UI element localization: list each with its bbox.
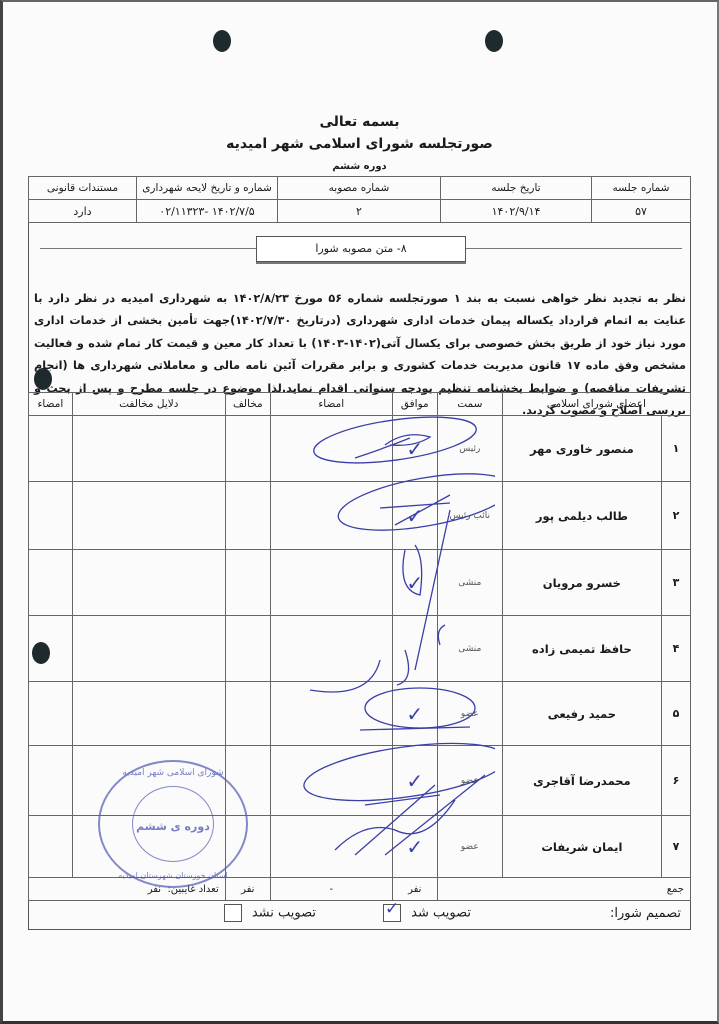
oppose-signature-cell — [29, 416, 73, 482]
col-header-oppose-signature: امضاء — [29, 393, 73, 416]
signature-cell — [270, 550, 392, 616]
oppose-cell — [225, 682, 270, 746]
meta-resolution-no: ۲ — [278, 200, 441, 223]
approved-label: تصویب شد — [411, 906, 471, 921]
oppose-signature-cell — [29, 550, 73, 616]
col-header-oppose: مخالف — [225, 393, 270, 416]
member-role: نائب رئیس — [437, 482, 502, 550]
oppose-signature-cell — [29, 482, 73, 550]
signature-cell — [270, 616, 392, 682]
col-header-position: سمت — [437, 393, 502, 416]
agree-check: ✓ — [392, 550, 437, 616]
member-number: ۷ — [662, 816, 691, 878]
col-header-members: اعضای شورای اسلامی — [502, 393, 690, 416]
member-name: خسرو مرویان — [502, 550, 661, 616]
oppose-reason-cell — [72, 550, 225, 616]
agree-check: ✓ — [392, 816, 437, 878]
oppose-signature-cell — [29, 816, 73, 878]
col-header-signature: امضاء — [270, 393, 392, 416]
signature-cell — [270, 746, 392, 816]
rejected-label: تصویب نشد — [252, 906, 316, 921]
stamp-bottom-text: استان خوزستان شهرستان امیدیه — [100, 871, 246, 880]
col-header-oppose-reasons: دلایل مخالفت — [72, 393, 225, 416]
agree-check: ✓ — [392, 482, 437, 550]
member-name: طالب دیلمی پور — [502, 482, 661, 550]
meta-legal-docs: دارد — [29, 200, 137, 223]
rejected-checkbox[interactable] — [224, 904, 242, 922]
oppose-reason-cell — [72, 616, 225, 682]
member-role: عضو — [437, 682, 502, 746]
meta-session-date: ۱۴۰۲/۹/۱۴ — [441, 200, 592, 223]
member-role: منشی — [437, 550, 502, 616]
oppose-cell — [225, 416, 270, 482]
member-row: ۱ منصور خاوری مهر رئیس ✓ — [29, 416, 691, 482]
oppose-cell — [225, 482, 270, 550]
member-number: ۵ — [662, 682, 691, 746]
meta-header-session-date: تاریخ جلسه — [441, 177, 592, 200]
agree-check: ✓ — [392, 746, 437, 816]
meta-header-legal-docs: مستندات قانونی — [29, 177, 137, 200]
member-role: رئیس — [437, 416, 502, 482]
meta-bill-ref: ۱۴۰۲/۷/۵ -۰۲/۱۱۳۲۳ — [137, 200, 278, 223]
col-header-agree: موافق — [392, 393, 437, 416]
council-stamp: شورای اسلامی شهر امیدیه دوره ی ششم استان… — [98, 760, 248, 888]
member-name: حمید رفیعی — [502, 682, 661, 746]
oppose-signature-cell — [29, 746, 73, 816]
approved-checkbox[interactable]: ✓ — [383, 904, 401, 922]
agree-check — [392, 616, 437, 682]
member-number: ۳ — [662, 550, 691, 616]
signature-cell — [270, 416, 392, 482]
member-row: ۵ حمید رفیعی عضو ✓ — [29, 682, 691, 746]
member-name: حافظ تمیمی زاده — [502, 616, 661, 682]
member-name: ایمان شریفات — [502, 816, 661, 878]
meta-session-no: ۵۷ — [592, 200, 691, 223]
member-name: محمدرضا آقاجری — [502, 746, 661, 816]
oppose-signature-cell — [29, 616, 73, 682]
council-term: دوره ششم — [0, 161, 719, 172]
decision-label: تصمیم شورا: — [610, 906, 681, 921]
member-row: ۳ خسرو مرویان منشی ✓ — [29, 550, 691, 616]
decision-rejected-option[interactable]: تصویب نشد — [224, 904, 316, 922]
member-role: منشی — [437, 616, 502, 682]
resolution-text-banner: ۸- متن مصوبه شورا — [256, 236, 466, 262]
signature-cell — [270, 482, 392, 550]
oppose-cell — [225, 550, 270, 616]
member-number: ۶ — [662, 746, 691, 816]
member-role: عضو — [437, 746, 502, 816]
oppose-cell — [225, 616, 270, 682]
member-name: منصور خاوری مهر — [502, 416, 661, 482]
member-row: ۲ طالب دیلمی پور نائب رئیس ✓ — [29, 482, 691, 550]
signature-cell — [270, 816, 392, 878]
decision-approved-option[interactable]: تصویب شد ✓ — [383, 904, 471, 922]
punch-hole — [213, 30, 231, 52]
check-icon: ✓ — [385, 899, 399, 919]
oppose-reason-cell — [72, 682, 225, 746]
bismillah-heading: بسمه تعالی — [0, 114, 719, 130]
member-role: عضو — [437, 816, 502, 878]
meta-header-bill-ref: شماره و تاریخ لایحه شهرداری — [137, 177, 278, 200]
agree-check: ✓ — [392, 682, 437, 746]
oppose-signature-cell — [29, 682, 73, 746]
member-number: ۲ — [662, 482, 691, 550]
punch-hole — [485, 30, 503, 52]
meta-header-session-no: شماره جلسه — [592, 177, 691, 200]
member-number: ۴ — [662, 616, 691, 682]
session-meta-table: شماره جلسه تاریخ جلسه شماره مصوبه شماره … — [28, 176, 691, 223]
meta-header-resolution-no: شماره مصوبه — [278, 177, 441, 200]
signature-cell — [270, 682, 392, 746]
council-decision: تصمیم شورا: تصویب شد ✓ تصویب نشد — [28, 898, 691, 928]
stamp-top-text: شورای اسلامی شهر امیدیه — [100, 768, 246, 778]
member-number: ۱ — [662, 416, 691, 482]
stamp-term-text: دوره ی ششم — [100, 820, 246, 833]
oppose-reason-cell — [72, 416, 225, 482]
member-row: ۴ حافظ تمیمی زاده منشی — [29, 616, 691, 682]
divider — [40, 248, 256, 249]
document-title: صورتجلسه شورای اسلامی شهر امیدیه — [0, 136, 719, 152]
oppose-reason-cell — [72, 482, 225, 550]
agree-check: ✓ — [392, 416, 437, 482]
divider — [464, 248, 682, 249]
